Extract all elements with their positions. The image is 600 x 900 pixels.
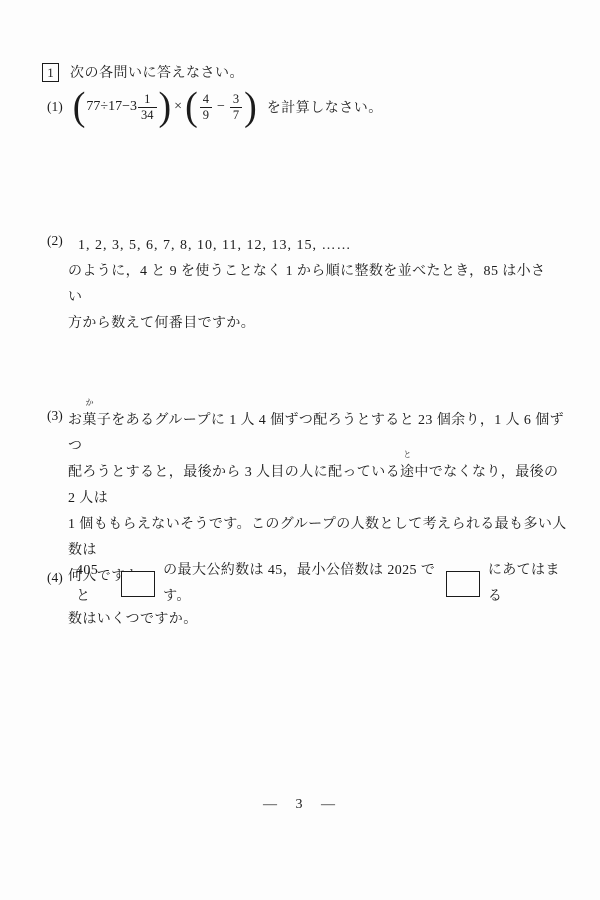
close-paren-1: ) [159, 87, 172, 127]
number-sequence: 1, 2, 3, 5, 6, 7, 8, 10, 11, 12, 13, 15,… [68, 233, 557, 259]
fraction-3-7: 3 7 [230, 92, 242, 123]
fraction-4-9-denominator: 9 [200, 107, 212, 123]
question-4-line2: 数はいくつですか。 [68, 607, 567, 633]
fraction-4-9: 4 9 [200, 92, 212, 123]
question-1-label: (1) [47, 99, 63, 115]
q3-l2-pre: 配ろうとすると，最後から 3 人目の人に配っている [68, 465, 400, 480]
minus-sign: − [217, 99, 225, 115]
fraction-1-34-denominator: 34 [138, 107, 157, 123]
math-term-1: 77÷17−3 [86, 99, 137, 115]
q3-l1-ruby: か菓 [82, 408, 96, 434]
furigana-ka: か [86, 399, 94, 407]
fraction-1-34: 1 34 [138, 92, 157, 123]
q3-l2-ruby: と途 [400, 460, 414, 486]
question-2-label: (2) [47, 233, 68, 337]
fraction-3-7-numerator: 3 [230, 92, 242, 107]
q3-l1-pre: お [68, 413, 82, 428]
q4-part1: 405 と [76, 558, 113, 610]
page-number: — 3 — [0, 797, 600, 813]
question-1: (1) ( 77÷17−3 1 34 ) × ( 4 9 − 3 7 ) を計算… [47, 84, 383, 130]
exam-page: { "page": { "number_label": "— 3 —" }, "… [0, 0, 600, 900]
question-3-line2: 配ろうとすると，最後から 3 人目の人に配っていると途中でなくなり，最後の 2 … [68, 460, 567, 512]
q3-l1-ruby-base: 菓 [82, 413, 96, 428]
answer-blank-box-2 [446, 571, 480, 597]
question-4-label: (4) [47, 570, 68, 633]
section-header: 1 次の各問いに答えなさい。 [42, 62, 244, 82]
question-3-label: (3) [47, 408, 68, 590]
close-paren-2: ) [244, 87, 257, 127]
fraction-3-7-denominator: 7 [230, 107, 242, 123]
question-3-line1: おか菓子をあるグループに 1 人 4 個ずつ配ろうとすると 23 個余り，1 人… [68, 408, 567, 460]
question-2-line3: 方から数えて何番目ですか。 [68, 311, 557, 337]
q4-part3: にあてはまる [488, 558, 567, 610]
q3-l2-ruby-base: 途 [400, 465, 414, 480]
question-4-line1: 405 と の最大公約数は 45，最小公倍数は 2025 です。 にあてはまる [68, 570, 567, 598]
problem-number: 1 [47, 66, 54, 79]
section-instruction: 次の各問いに答えなさい。 [70, 62, 244, 82]
furigana-to: と [403, 451, 411, 459]
open-paren-1: ( [73, 87, 86, 127]
fraction-1-34-numerator: 1 [141, 92, 153, 107]
question-4: (4) 405 と の最大公約数は 45，最小公倍数は 2025 です。 にあて… [47, 570, 567, 633]
fraction-4-9-numerator: 4 [200, 92, 212, 107]
multiply-sign: × [174, 99, 182, 115]
problem-number-box: 1 [42, 63, 59, 82]
question-4-text: 405 と の最大公約数は 45，最小公倍数は 2025 です。 にあてはまる … [68, 570, 567, 633]
answer-blank-box-1 [121, 571, 155, 597]
question-2: (2) 1, 2, 3, 5, 6, 7, 8, 10, 11, 12, 13,… [47, 233, 557, 337]
question-3-line3: 1 個ももらえないそうです。このグループの人数として考えられる最も多い人数は [68, 512, 567, 564]
open-paren-2: ( [185, 87, 198, 127]
math-expression: ( 77÷17−3 1 34 ) × ( 4 9 − 3 7 ) [72, 88, 258, 126]
q3-l1-post: 子をあるグループに 1 人 4 個ずつ配ろうとすると 23 個余り，1 人 6 … [68, 413, 564, 454]
q4-part2: の最大公約数は 45，最小公倍数は 2025 です。 [163, 558, 438, 610]
question-1-suffix: を計算しなさい。 [267, 97, 383, 117]
question-2-line2: のように，4 と 9 を使うことなく 1 から順に整数を並べたとき，85 は小さ… [68, 259, 557, 311]
question-2-text: 1, 2, 3, 5, 6, 7, 8, 10, 11, 12, 13, 15,… [68, 233, 557, 337]
